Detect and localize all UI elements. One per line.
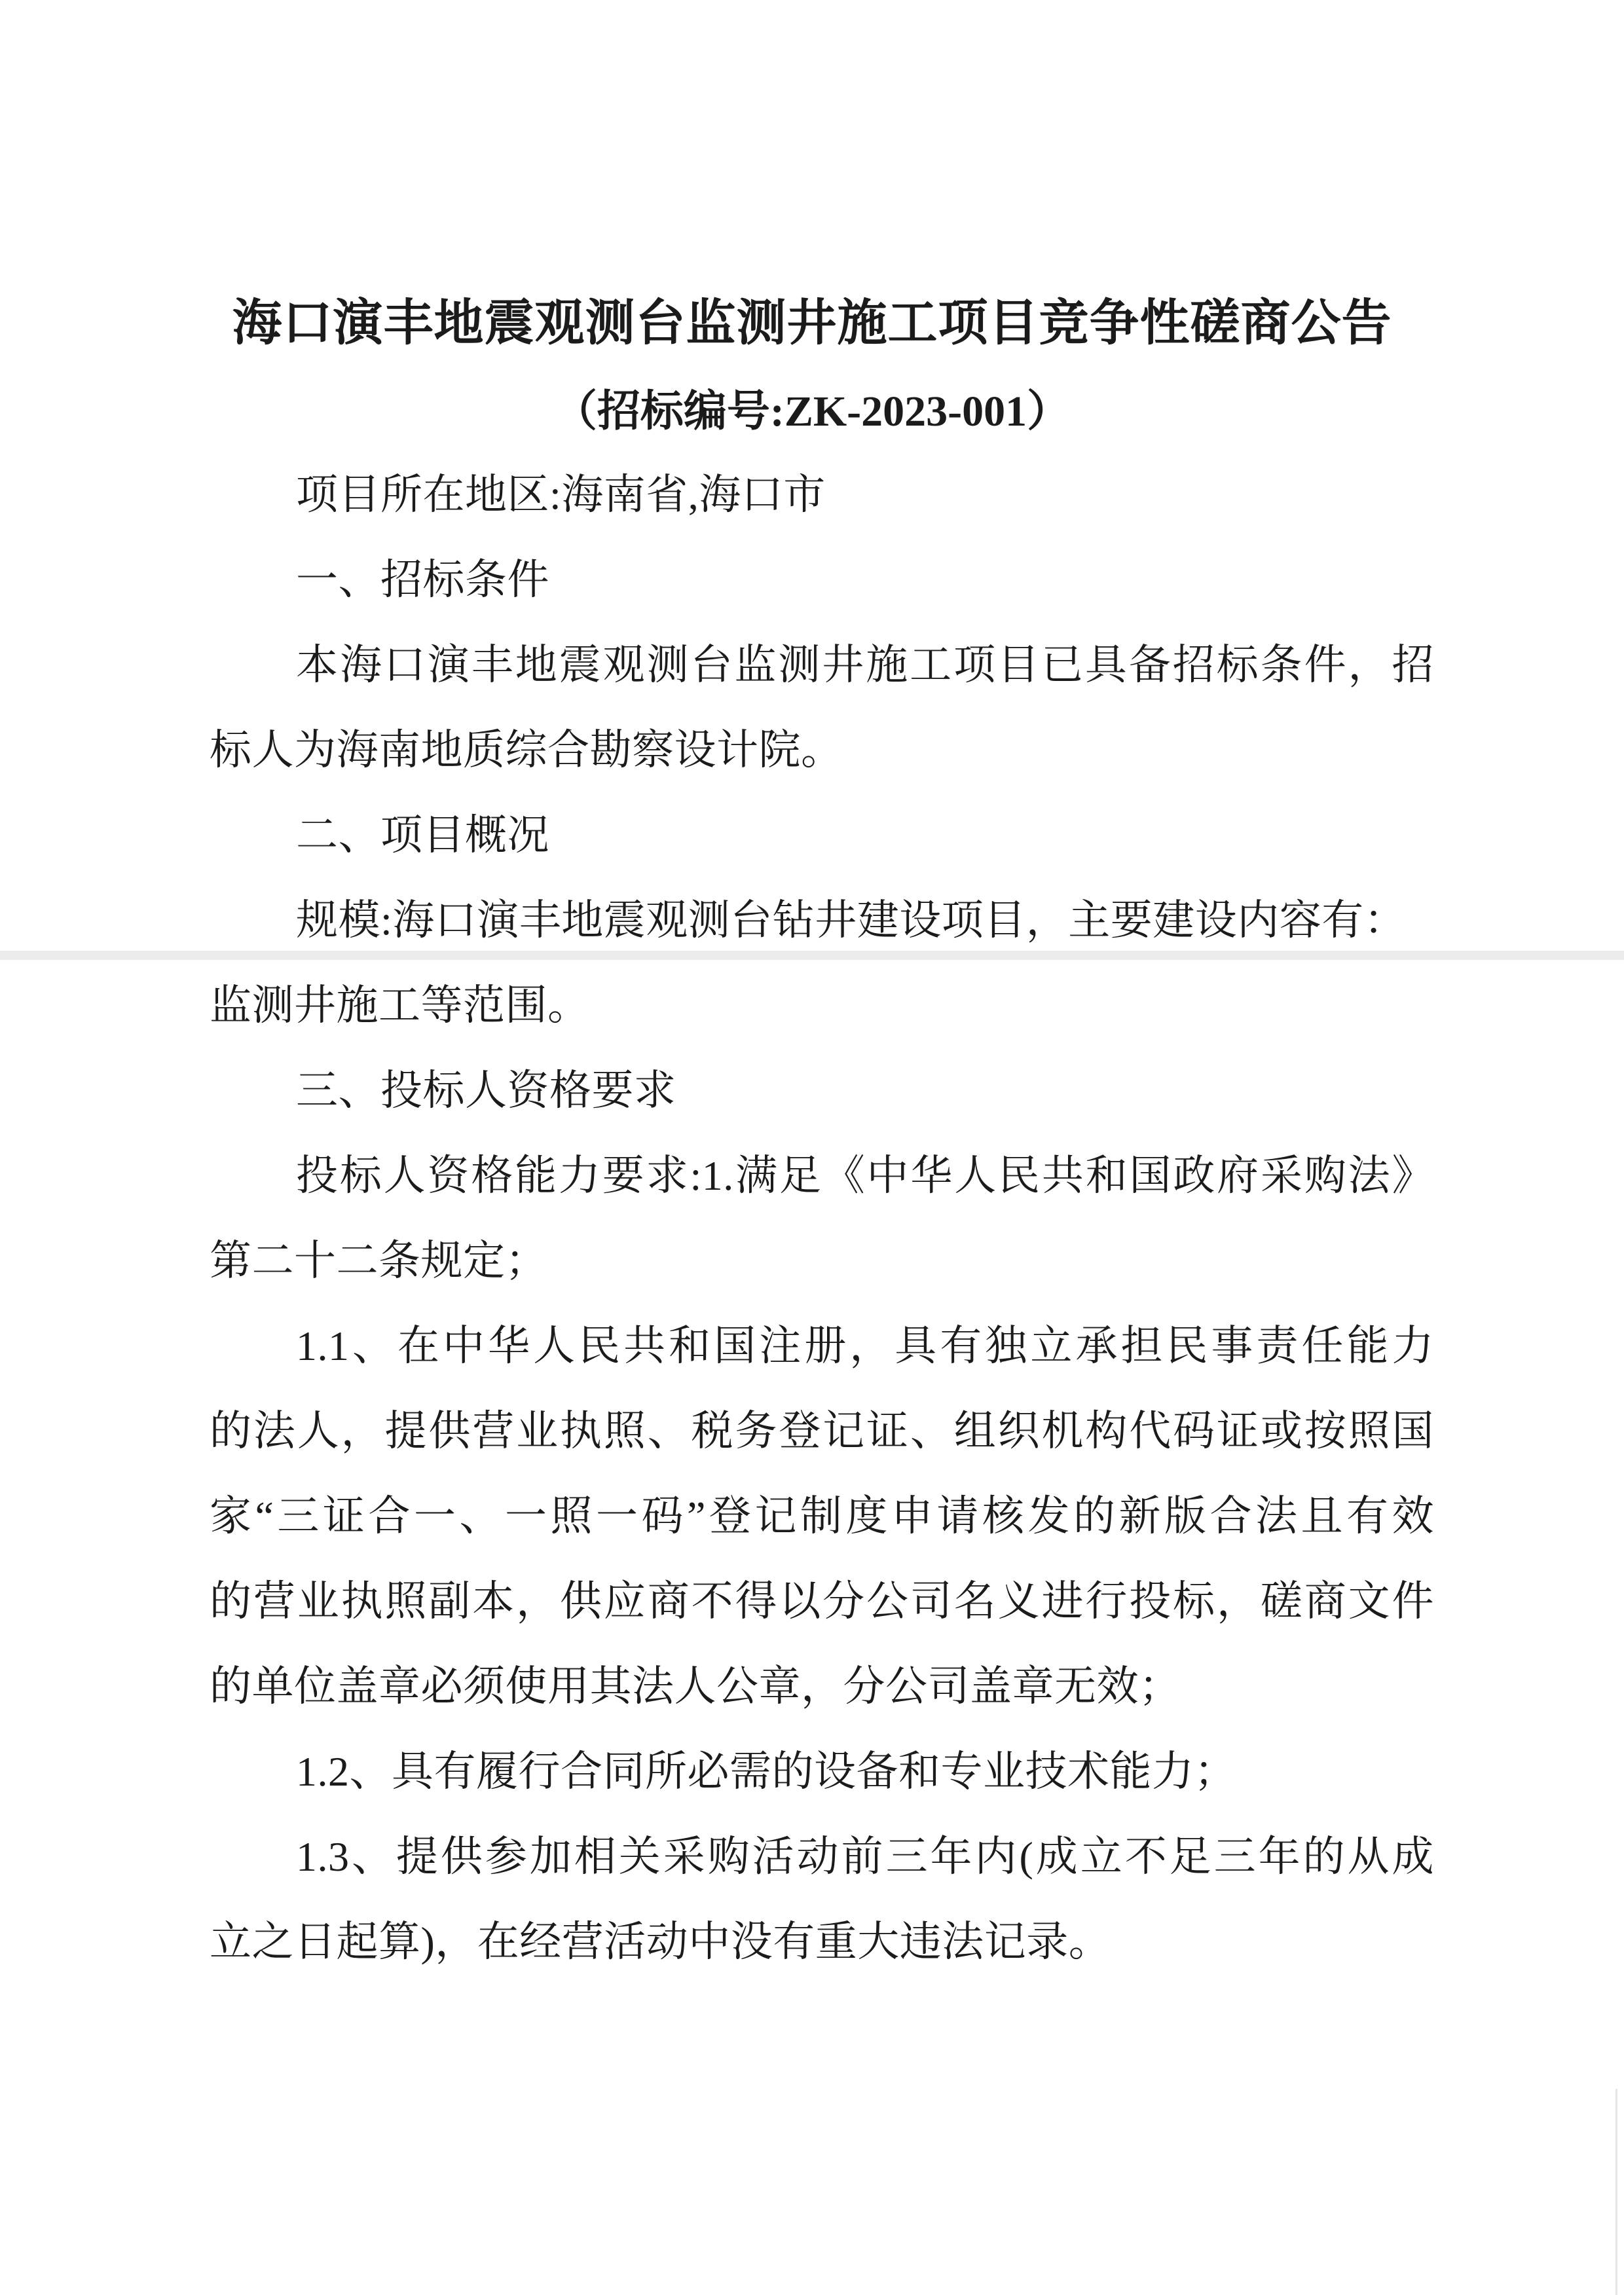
- text-line: 的法人，提供营业执照、税务登记证、组织机构代码证或按照国: [210, 1389, 1434, 1474]
- text-line: 1.3、提供参加相关采购活动前三年内(成立不足三年的从成: [210, 1814, 1434, 1900]
- scan-artifact-band: [0, 951, 1624, 960]
- document-body: 项目所在地区:海南省,海口市一、招标条件本海口演丰地震观测台监测井施工项目已具备…: [210, 452, 1434, 1985]
- text-line: 1.1、在中华人民共和国注册，具有独立承担民事责任能力: [210, 1304, 1434, 1389]
- text-line: 的营业执照副本，供应商不得以分公司名义进行投标，磋商文件: [210, 1559, 1434, 1644]
- text-line: 立之日起算)，在经营活动中没有重大违法记录。: [210, 1900, 1434, 1985]
- text-line: 三、投标人资格要求: [210, 1048, 1434, 1133]
- text-line: 本海口演丰地震观测台监测井施工项目已具备招标条件，招: [210, 623, 1434, 708]
- text-line: 监测井施工等范围。: [210, 963, 1434, 1048]
- document-title: 海口演丰地震观测台监测井施工项目竞争性磋商公告: [0, 295, 1624, 352]
- text-line: 标人为海南地质综合勘察设计院。: [210, 708, 1434, 793]
- text-line: 一、招标条件: [210, 538, 1434, 623]
- text-line: 项目所在地区:海南省,海口市: [210, 452, 1434, 538]
- scanned-document-page: 海口演丰地震观测台监测井施工项目竞争性磋商公告 （招标编号:ZK-2023-00…: [0, 0, 1624, 2295]
- text-line: 投标人资格能力要求:1.满足《中华人民共和国政府采购法》: [210, 1133, 1434, 1219]
- text-line: 二、项目概况: [210, 793, 1434, 878]
- scan-artifact-edge-line: [1615, 2089, 1617, 2295]
- document-subtitle-tender-number: （招标编号:ZK-2023-001）: [0, 385, 1624, 439]
- text-line: 第二十二条规定；: [210, 1219, 1434, 1304]
- text-line: 家“三证合一、一照一码”登记制度申请核发的新版合法且有效: [210, 1474, 1434, 1559]
- text-line: 1.2、具有履行合同所必需的设备和专业技术能力；: [210, 1729, 1434, 1814]
- text-line: 的单位盖章必须使用其法人公章，分公司盖章无效；: [210, 1644, 1434, 1729]
